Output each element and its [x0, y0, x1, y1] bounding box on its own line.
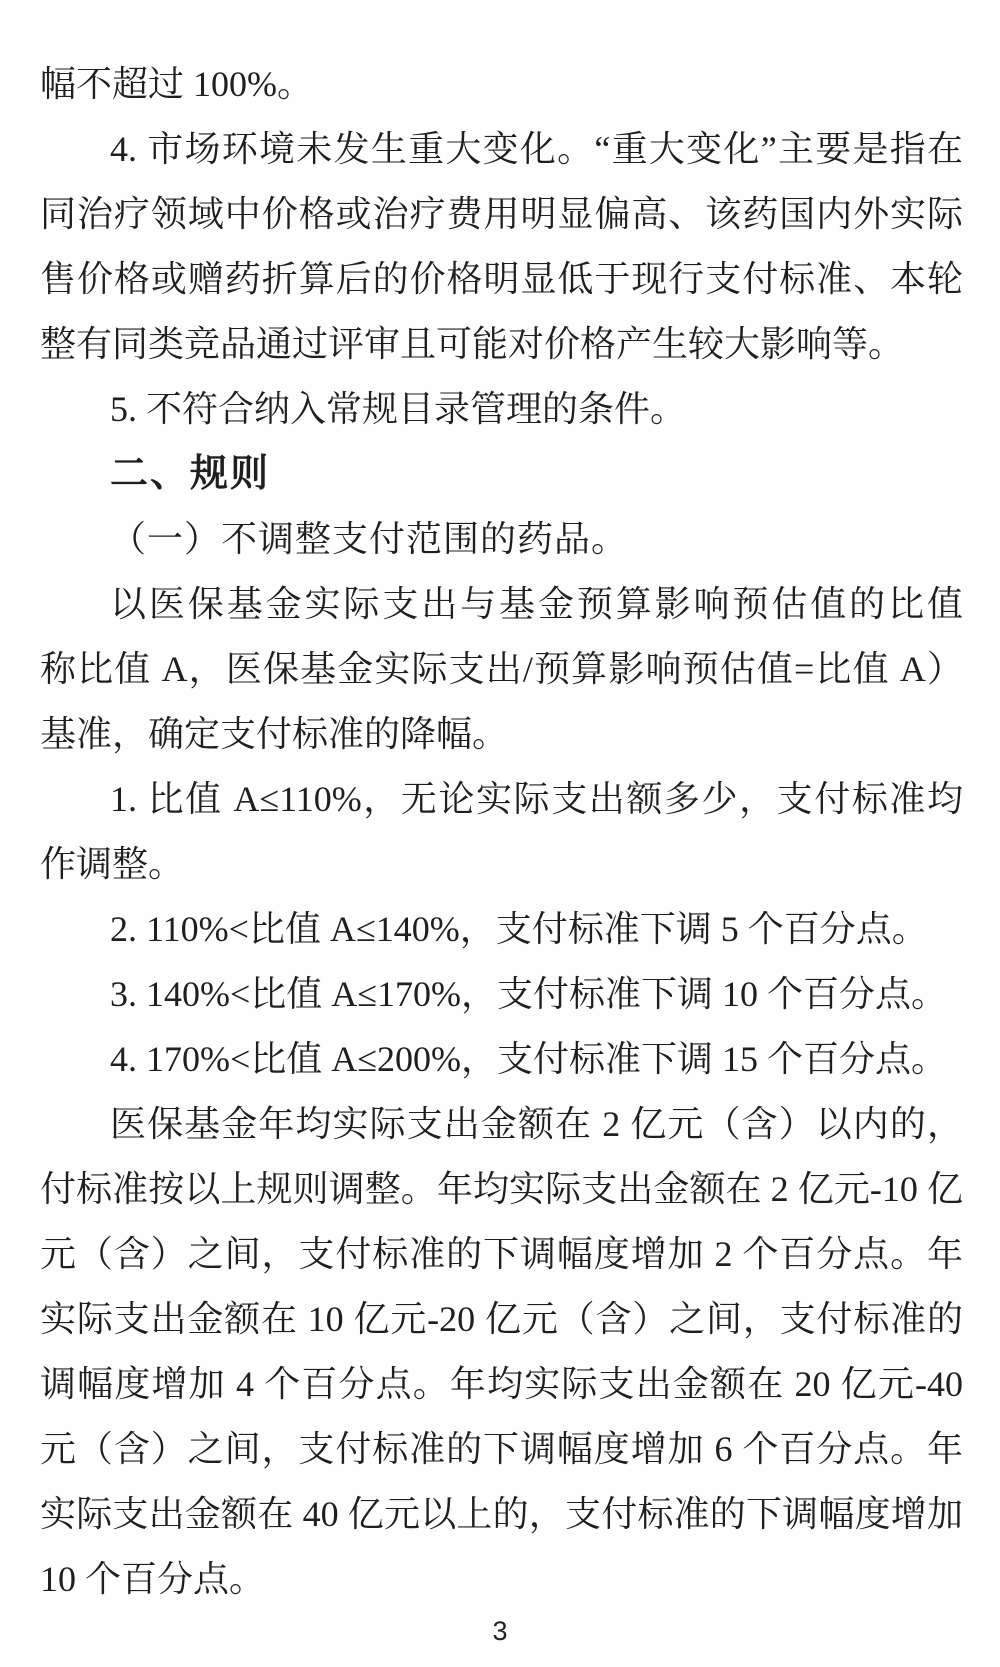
text-line: 幅不超过 100%。	[40, 52, 963, 117]
text-line: 调幅度增加 4 个百分点。年均实际支出金额在 20 亿元-40 亿	[40, 1352, 963, 1417]
text-line: 5. 不符合纳入常规目录管理的条件。	[40, 377, 963, 442]
text-line: 1. 比值 A≤110%，无论实际支出额多少，支付标准均不	[40, 767, 963, 832]
text-line: 10 个百分点。	[40, 1547, 963, 1612]
text-line: 作调整。	[40, 832, 963, 897]
page-number: 3	[0, 1616, 1000, 1647]
text-line: 元（含）之间，支付标准的下调幅度增加 6 个百分点。年均	[40, 1417, 963, 1482]
text-line: 基准，确定支付标准的降幅。	[40, 702, 963, 767]
subsection-heading: （一）不调整支付范围的药品。	[40, 507, 963, 572]
document-page: 幅不超过 100%。4. 市场环境未发生重大变化。“重大变化”主要是指在同治疗领…	[0, 0, 1000, 1667]
text-line: 2. 110%<比值 A≤140%，支付标准下调 5 个百分点。	[40, 897, 963, 962]
text-line: 医保基金年均实际支出金额在 2 亿元（含）以内的，支	[40, 1092, 963, 1157]
text-line: 实际支出金额在 10 亿元-20 亿元（含）之间，支付标准的下	[40, 1287, 963, 1352]
text-line: 4. 市场环境未发生重大变化。“重大变化”主要是指在	[40, 117, 963, 182]
text-line: 3. 140%<比值 A≤170%，支付标准下调 10 个百分点。	[40, 962, 963, 1027]
text-line: 称比值 A，医保基金实际支出/预算影响预估值=比值 A）为	[40, 637, 963, 702]
text-line: 以医保基金实际支出与基金预算影响预估值的比值（简	[40, 572, 963, 637]
text-line: 同治疗领域中价格或治疗费用明显偏高、该药国内外实际销	[40, 182, 963, 247]
text-line: 4. 170%<比值 A≤200%，支付标准下调 15 个百分点。	[40, 1027, 963, 1092]
text-line: 元（含）之间，支付标准的下调幅度增加 2 个百分点。年均	[40, 1222, 963, 1287]
text-line: 实际支出金额在 40 亿元以上的，支付标准的下调幅度增加	[40, 1482, 963, 1547]
document-body: 幅不超过 100%。4. 市场环境未发生重大变化。“重大变化”主要是指在同治疗领…	[40, 52, 963, 1612]
section-heading: 二、规则	[40, 442, 963, 507]
text-line: 整有同类竞品通过评审且可能对价格产生较大影响等。	[40, 312, 963, 377]
text-line: 售价格或赠药折算后的价格明显低于现行支付标准、本轮调	[40, 247, 963, 312]
text-line: 付标准按以上规则调整。年均实际支出金额在 2 亿元-10 亿	[40, 1157, 963, 1222]
